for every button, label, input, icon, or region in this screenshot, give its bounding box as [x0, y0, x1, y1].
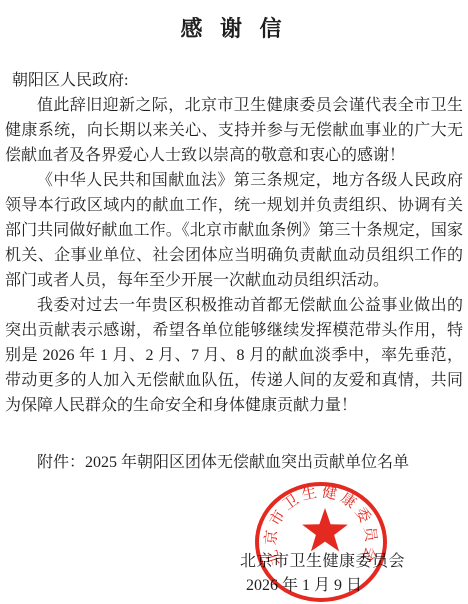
- salutation: 朝阳区人民政府:: [12, 68, 463, 93]
- paragraph-regulations: 《中华人民共和国献血法》第三条规定，地方各级人民政府领导本行政区域内的献血工作，…: [5, 168, 463, 293]
- letter-page: 感 谢 信 朝阳区人民政府: 值此辞旧迎新之际，北京市卫生健康委员会谨代表全市卫…: [0, 0, 468, 604]
- letter-title: 感 谢 信: [5, 14, 463, 44]
- paragraph-appreciation: 我委对过去一年贵区积极推动首都无偿献血公益事业做出的突出贡献表示感谢，希望各单位…: [5, 293, 463, 418]
- star-icon: [302, 508, 348, 551]
- official-seal-icon: 北京市卫生健康委员会: [252, 480, 392, 604]
- attachment-line: 附件：2025 年朝阳区团体无偿献血突出贡献单位名单: [5, 450, 463, 475]
- paragraph-opening: 值此辞旧迎新之际，北京市卫生健康委员会谨代表全市卫生健康系统，向长期以来关心、支…: [5, 93, 463, 168]
